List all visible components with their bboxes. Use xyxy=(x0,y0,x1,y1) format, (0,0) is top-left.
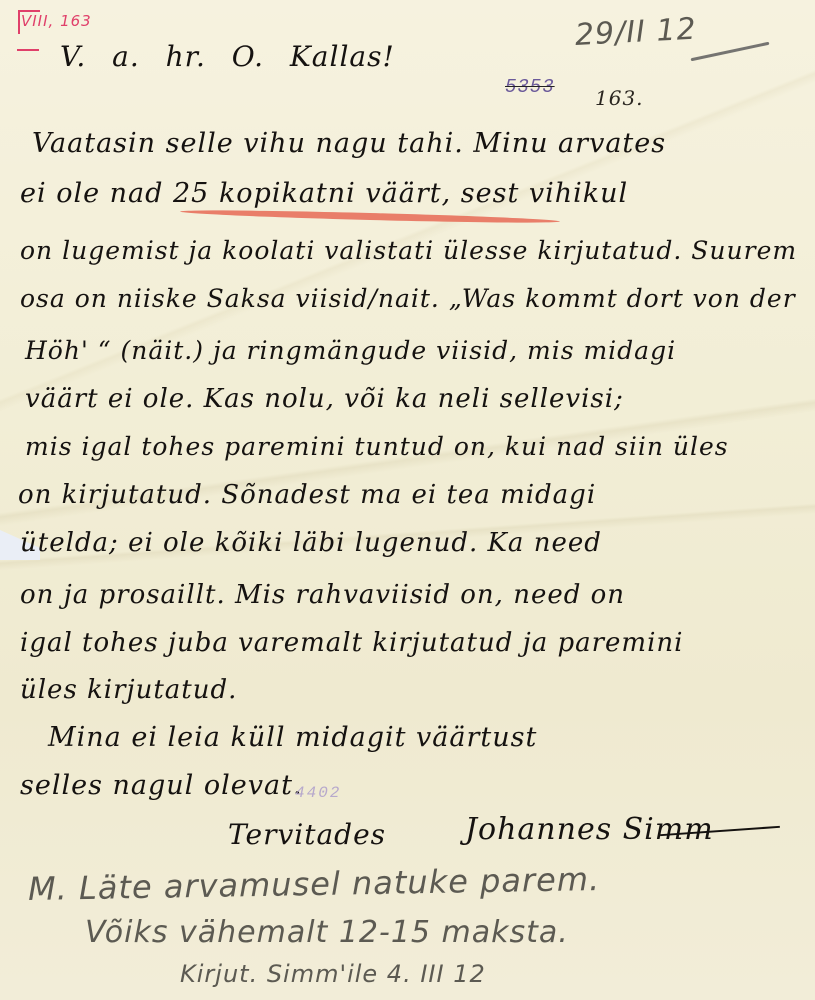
body-line-1: Vaatasin selle vihu nagu tahi. Minu arva… xyxy=(32,128,666,159)
faint-archive-stamp: 4402 xyxy=(295,784,341,802)
pencil-note-line-1: M. Läte arvamusel natuke parem. xyxy=(28,860,601,908)
body-line-13: Mina ei leia küll midagit väärtust xyxy=(48,722,537,753)
pencil-date: 29/II 12 xyxy=(574,12,697,53)
body-line-7: mis igal tohes paremini tuntud on, kui n… xyxy=(25,432,729,461)
body-line-11: igal tohes juba varemalt kirjutatud ja p… xyxy=(20,628,683,658)
body-line-4: osa on niiske Saksa viisid/nait. „Was ko… xyxy=(20,284,796,313)
pencil-note-line-3: Kirjut. Simm'ile 4. III 12 xyxy=(180,960,486,988)
pencil-date-flourish xyxy=(691,42,770,62)
body-line-9: ütelda; ei ole kõiki läbi lugenud. Ka ne… xyxy=(20,528,602,558)
body-line-10: on ja prosaillt. Mis rahvaviisid on, nee… xyxy=(20,580,625,610)
body-line-3: on lugemist ja koolati valistati ülesse … xyxy=(20,236,797,265)
crossed-stamp-number: 5353 xyxy=(505,76,555,98)
letter-page: VIII, 163 29/II 12 5353 163. V. a. hr. O… xyxy=(0,0,815,1000)
body-line-6: väärt ei ole. Kas nolu, või ka neli sell… xyxy=(25,384,624,414)
body-line-12: üles kirjutatud. xyxy=(20,675,237,705)
body-line-14: selles nagul olevat. xyxy=(20,770,303,801)
body-line-8: on kirjutatud. Sõnadest ma ei tea midagi xyxy=(18,480,596,510)
pencil-number: 163. xyxy=(595,86,644,110)
closing: Tervitades xyxy=(228,818,386,851)
body-line-5: Höh' “ (näit.) ja ringmängude viisid, mi… xyxy=(25,336,676,365)
red-pencil-underline xyxy=(180,208,560,225)
archive-mark-underline xyxy=(17,49,39,51)
pencil-note-line-2: Võiks vähemalt 12-15 maksta. xyxy=(85,915,569,950)
salutation: V. a. hr. O. Kallas! xyxy=(60,40,395,73)
body-line-2: ei ole nad 25 kopikatni väärt, sest vihi… xyxy=(20,178,628,209)
archive-reference: VIII, 163 xyxy=(21,12,92,30)
signature: Johannes Simm xyxy=(465,812,714,847)
